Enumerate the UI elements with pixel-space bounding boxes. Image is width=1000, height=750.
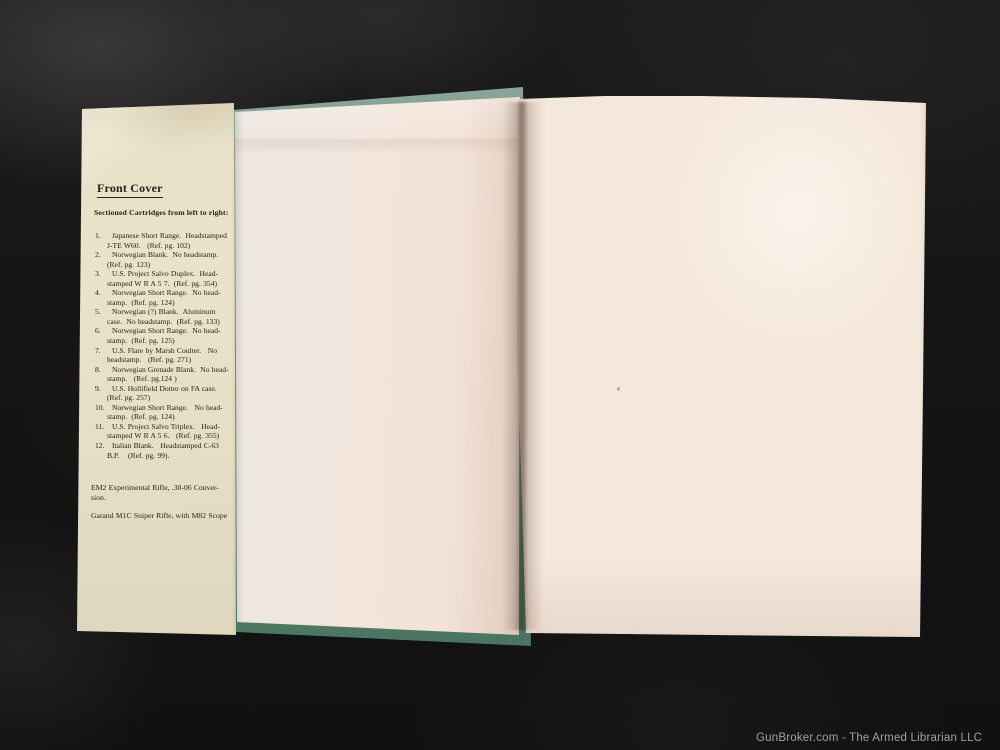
text-line: Norwegian Grenade Blank. No head- [112, 365, 233, 375]
list-item-number: 8. [95, 365, 107, 384]
flap-note: EM2 Experimental Rifle, .30-06 Conver-si… [91, 483, 227, 503]
list-item-number: 11. [95, 422, 107, 441]
text-line: (Ref. pg. 257) [107, 393, 233, 403]
list-item-text: U.S. Hollifield Dotter on FA case.(Ref. … [107, 384, 233, 403]
flap-item-list: 1.Japanese Short Range. HeadstampedJ-TE … [95, 231, 233, 460]
list-item: 5.Norwegian (?) Blank. Aluminumcase. No … [95, 307, 233, 326]
text-line: stamp. (Ref. pg.124 ) [107, 374, 233, 384]
text-line: Norwegian Short Range. No head- [112, 288, 233, 298]
list-item-text: U.S. Project Salvo Triplex. Head-stamped… [107, 422, 233, 441]
list-item-text: Japanese Short Range. HeadstampedJ-TE W6… [107, 231, 233, 250]
left-endpaper [232, 94, 522, 639]
text-line: U.S. Flare by Marsh Coulter. No [112, 346, 233, 356]
right-page [514, 90, 930, 641]
list-item-number: 9. [95, 384, 107, 403]
text-line: Norwegian Blank. No headstamp. [112, 250, 233, 260]
list-item: 9.U.S. Hollifield Dotter on FA case.(Ref… [95, 384, 233, 403]
text-line: stamp. (Ref. pg. 124) [107, 412, 233, 422]
list-item-text: Norwegian Grenade Blank. No head-stamp. … [107, 365, 233, 384]
list-item: 12.Italian Blank. Headstamped C-63B.P. (… [95, 441, 233, 460]
list-item-text: Norwegian Short Range. No head-stamp. (R… [107, 326, 233, 345]
text-line: EM2 Experimental Rifle, .30-06 Conver- [91, 483, 227, 493]
list-item-number: 2. [95, 250, 107, 269]
text-line: stamped W R A 5 6. (Ref. pg. 355) [107, 431, 233, 441]
list-item: 10.Norwegian Short Range. No head-stamp.… [95, 403, 233, 422]
photo-scene: Front Cover Sectioned Cartridges from le… [0, 0, 1000, 750]
list-item-number: 5. [95, 307, 107, 326]
text-line: Italian Blank. Headstamped C-63 [112, 441, 233, 451]
text-line: stamp. (Ref. pg. 124) [107, 298, 233, 308]
dust-jacket-flap: Front Cover Sectioned Cartridges from le… [76, 100, 238, 638]
list-item: 11.U.S. Project Salvo Triplex. Head-stam… [95, 422, 233, 441]
list-item-text: U.S. Flare by Marsh Coulter. Noheadstamp… [107, 346, 233, 365]
list-item-text: Norwegian Short Range. No head-stamp. (R… [107, 403, 233, 422]
list-item-text: Norwegian Short Range. No head-stamp. (R… [107, 288, 233, 307]
list-item-number: 6. [95, 326, 107, 345]
text-line: case. No headstamp. (Ref. pg. 133) [107, 317, 233, 327]
text-line: J-TE W60. (Ref. pg. 102) [107, 241, 233, 251]
text-line: Japanese Short Range. Headstamped [112, 231, 233, 241]
list-item-text: Norwegian Blank. No headstamp.(Ref. pg. … [107, 250, 233, 269]
text-line: (Ref. pg. 123) [107, 260, 233, 270]
text-line: Norwegian (?) Blank. Aluminum [112, 307, 233, 317]
list-item-text: Norwegian (?) Blank. Aluminumcase. No he… [107, 307, 233, 326]
list-item-text: Italian Blank. Headstamped C-63B.P. (Ref… [107, 441, 233, 460]
flap-title: Front Cover [97, 182, 163, 198]
text-line: Norwegian Short Range. No head- [112, 403, 233, 413]
flap-notes: EM2 Experimental Rifle, .30-06 Conver-si… [91, 483, 227, 530]
flap-note: Garand M1C Sniper Rifle, with M82 Scope [91, 511, 227, 521]
text-line: U.S. Project Salvo Triplex. Head- [112, 422, 233, 432]
text-line: U.S. Hollifield Dotter on FA case. [112, 384, 233, 394]
list-item: 7.U.S. Flare by Marsh Coulter. Noheadsta… [95, 346, 233, 365]
flap-subtitle: Sectioned Cartridges from left to right: [94, 208, 228, 217]
list-item-number: 12. [95, 441, 107, 460]
text-line: stamped W R A 5 7. (Ref. pg. 354) [107, 279, 233, 289]
page-speck [617, 387, 620, 391]
text-line: sion. [91, 493, 227, 503]
list-item: 3.U.S. Project Salvo Duplex. Head-stampe… [95, 269, 233, 288]
text-line: headstamp. (Ref. pg. 271) [107, 355, 233, 365]
list-item: 2.Norwegian Blank. No headstamp.(Ref. pg… [95, 250, 233, 269]
book-gutter-shadow [502, 102, 542, 630]
text-line: B.P. (Ref. pg. 99). [107, 451, 233, 461]
list-item-number: 4. [95, 288, 107, 307]
text-line: Garand M1C Sniper Rifle, with M82 Scope [91, 511, 227, 521]
watermark-text: GunBroker.com - The Armed Librarian LLC [756, 732, 982, 744]
text-line: stamp. (Ref. pg. 125) [107, 336, 233, 346]
text-line: Norwegian Short Range. No head- [112, 326, 233, 336]
list-item: 8.Norwegian Grenade Blank. No head-stamp… [95, 365, 233, 384]
list-item-number: 10. [95, 403, 107, 422]
list-item-number: 7. [95, 346, 107, 365]
text-line: U.S. Project Salvo Duplex. Head- [112, 269, 233, 279]
list-item: 1.Japanese Short Range. HeadstampedJ-TE … [95, 231, 233, 250]
list-item-number: 3. [95, 269, 107, 288]
list-item: 6.Norwegian Short Range. No head-stamp. … [95, 326, 233, 345]
list-item: 4.Norwegian Short Range. No head-stamp. … [95, 288, 233, 307]
list-item-text: U.S. Project Salvo Duplex. Head-stamped … [107, 269, 233, 288]
list-item-number: 1. [95, 231, 107, 250]
